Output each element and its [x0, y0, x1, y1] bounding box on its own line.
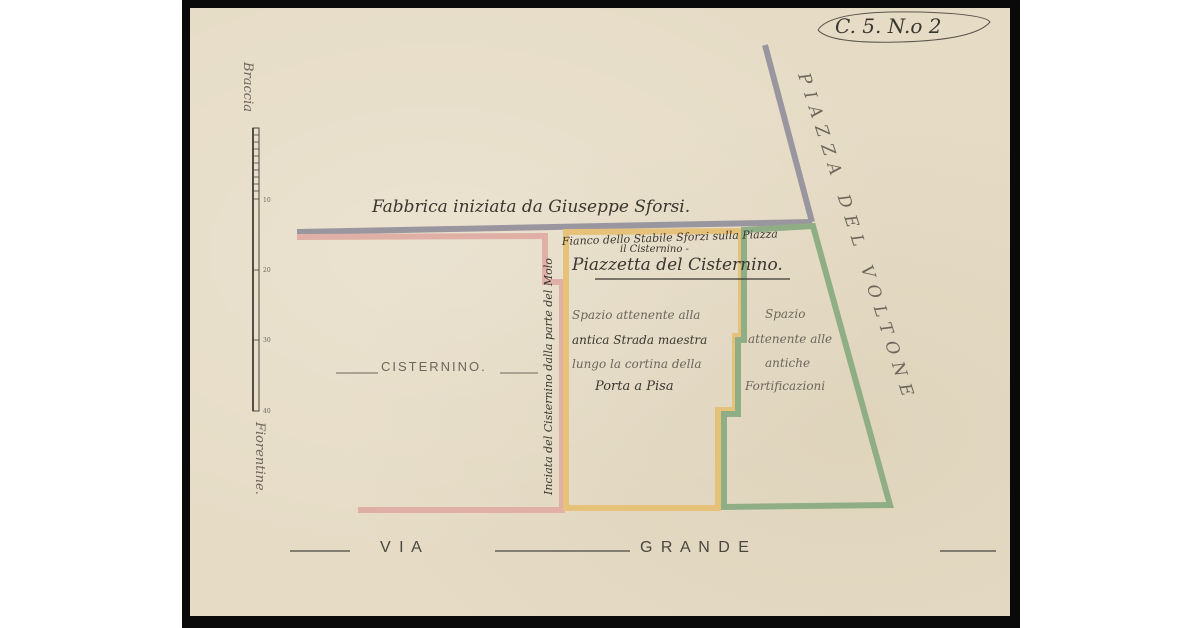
svg-text:20: 20 — [263, 267, 271, 274]
scale-bottom-label: Fiorentine. — [252, 421, 267, 495]
label-cisternino: CISTERNINO. — [381, 359, 487, 374]
svg-text:10: 10 — [263, 197, 271, 204]
label-spazio-right: Spazio attenente alle antiche Fortificaz… — [744, 307, 832, 393]
svg-text:40: 40 — [263, 408, 271, 415]
scale-bar: Braccia 10 20 30 40 Fiorentine. — [240, 61, 271, 495]
svg-text:attenente alle: attenente alle — [748, 332, 832, 346]
svg-text:antica Strada maestra: antica Strada maestra — [572, 333, 707, 347]
label-inciata: Inciata del Cisternino dalla parte del M… — [542, 258, 555, 496]
catalog-mark-text: C. 5. N.o 2 — [835, 14, 941, 38]
label-fianco-line2: il Cisternino - — [620, 244, 690, 255]
svg-text:antiche: antiche — [765, 356, 810, 370]
svg-text:lungo la cortina della: lungo la cortina della — [572, 357, 701, 371]
svg-text:G R A N D E: G R A N D E — [640, 539, 751, 556]
label-spazio-left: Spazio attenente alla antica Strada maes… — [572, 308, 707, 394]
label-cisternino-group: CISTERNINO. — [336, 359, 538, 374]
svg-text:Fortificazioni: Fortificazioni — [744, 379, 825, 393]
svg-text:Porta a Pisa: Porta a Pisa — [594, 379, 674, 394]
svg-text:Spazio: Spazio — [765, 307, 805, 321]
svg-text:Spazio attenente alla: Spazio attenente alla — [572, 308, 700, 322]
label-piazzetta: Piazzetta del Cisternino. — [571, 255, 783, 275]
label-piazza-del-voltone: PIAZZA DEL VOLTONE — [793, 69, 920, 406]
label-fabbrica: Fabbrica iniziata da Giuseppe Sforsi. — [371, 197, 690, 217]
label-via-grande: V I A G R A N D E — [290, 539, 996, 556]
scale-top-label: Braccia — [240, 61, 255, 112]
cadastral-map: C. 5. N.o 2 Fabbrica iniziata da Giusepp… — [0, 0, 1200, 628]
catalog-mark: C. 5. N.o 2 — [818, 12, 990, 42]
svg-text:V I A: V I A — [380, 539, 424, 556]
svg-text:30: 30 — [263, 337, 271, 344]
